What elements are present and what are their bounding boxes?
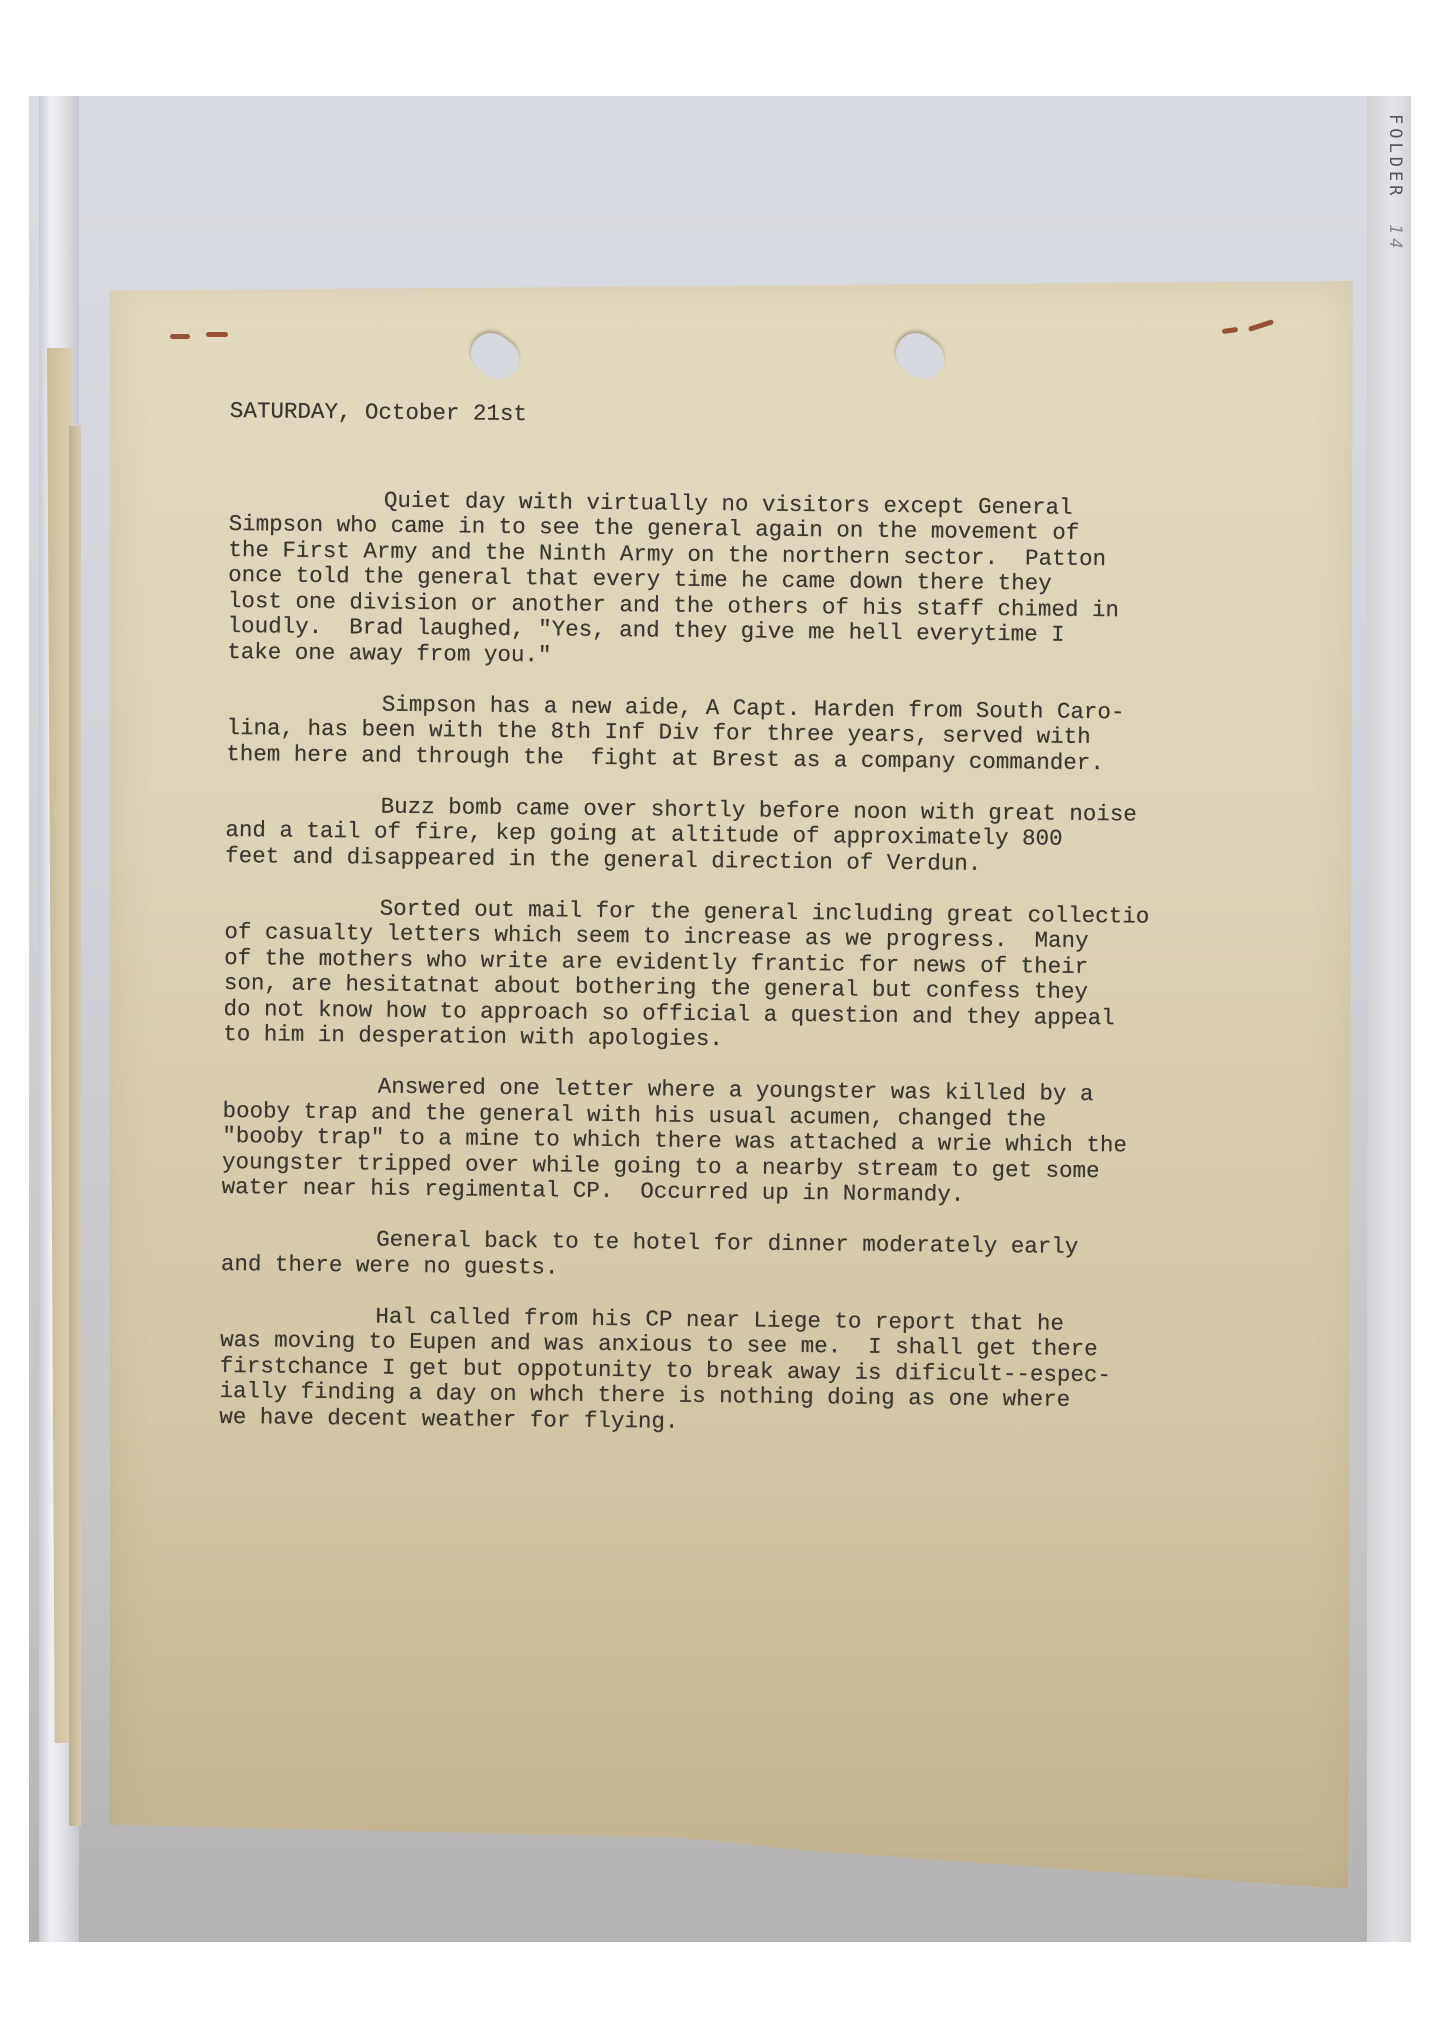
diary-paragraph: Hal called from his CP near Liege to rep… bbox=[219, 1302, 1270, 1440]
diary-paragraph: General back to te hotel for dinner mode… bbox=[221, 1226, 1271, 1288]
diary-paragraph: Sorted out mail for the general includin… bbox=[223, 894, 1275, 1058]
diary-paragraph: Answered one letter where a youngster wa… bbox=[222, 1073, 1273, 1211]
folder-number: 14 bbox=[1385, 224, 1405, 252]
rust-mark bbox=[206, 332, 228, 337]
diary-paragraph: Buzz bomb came over shortly before noon … bbox=[225, 792, 1276, 879]
rust-mark bbox=[1222, 327, 1239, 334]
punch-hole bbox=[463, 325, 527, 386]
rust-mark bbox=[1248, 319, 1274, 332]
diary-body: Quiet day with virtually no visitors exc… bbox=[219, 486, 1279, 1440]
underlying-page bbox=[69, 426, 81, 1826]
diary-paragraph: Quiet day with virtually no visitors exc… bbox=[227, 486, 1279, 675]
typed-sheet: SATURDAY, October 21st Quiet day with vi… bbox=[110, 281, 1353, 1889]
typed-text: SATURDAY, October 21st Quiet day with vi… bbox=[219, 399, 1280, 1466]
folder-tab-edge: FOLDER 14 bbox=[1367, 96, 1411, 1942]
rust-mark bbox=[170, 334, 190, 339]
diary-paragraph: Simpson has a new aide, A Capt. Harden f… bbox=[226, 690, 1277, 777]
punch-hole bbox=[888, 325, 952, 386]
folder-label-text: FOLDER bbox=[1385, 114, 1405, 199]
date-heading: SATURDAY, October 21st bbox=[230, 399, 1280, 435]
folder-label: FOLDER 14 bbox=[1375, 114, 1405, 252]
